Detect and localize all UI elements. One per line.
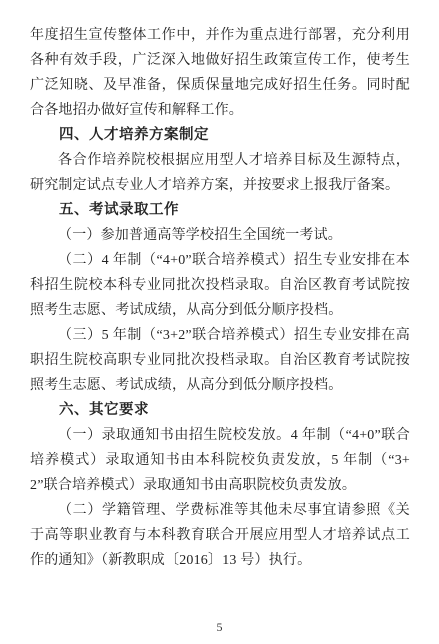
paragraph-item-1: （一）参加普通高等学校招生全国统一考试。	[30, 223, 410, 248]
page-content: 年度招生宣传整体工作中，并作为重点进行部署，充分利用各种有效手段，广泛深入地做好…	[30, 23, 410, 573]
page-number: 5	[0, 620, 439, 635]
paragraph-item-2: （二）4 年制（“4+0”联合培养模式）招生专业安排在本科招生院校本科专业同批次…	[30, 248, 410, 323]
paragraph-item-1-other: （一）录取通知书由招生院校发放。4 年制（“4+0”联合培养模式）录取通知书由本…	[30, 423, 410, 498]
paragraph: 各合作培养院校根据应用型人才培养目标及生源特点，研究制定试点专业人才培养方案，并…	[30, 148, 410, 198]
section-heading-5: 五、考试录取工作	[30, 198, 410, 223]
document-page: 年度招生宣传整体工作中，并作为重点进行部署，充分利用各种有效手段，广泛深入地做好…	[0, 0, 439, 644]
paragraph-item-3: （三）5 年制（“3+2”联合培养模式）招生专业安排在高职招生院校高职专业同批次…	[30, 323, 410, 398]
paragraph-item-2-other: （二）学籍管理、学费标准等其他未尽事宜请参照《关于高等职业教育与本科教育联合开展…	[30, 498, 410, 573]
section-heading-4: 四、人才培养方案制定	[30, 123, 410, 148]
paragraph-continuation: 年度招生宣传整体工作中，并作为重点进行部署，充分利用各种有效手段，广泛深入地做好…	[30, 23, 410, 123]
section-heading-6: 六、其它要求	[30, 398, 410, 423]
